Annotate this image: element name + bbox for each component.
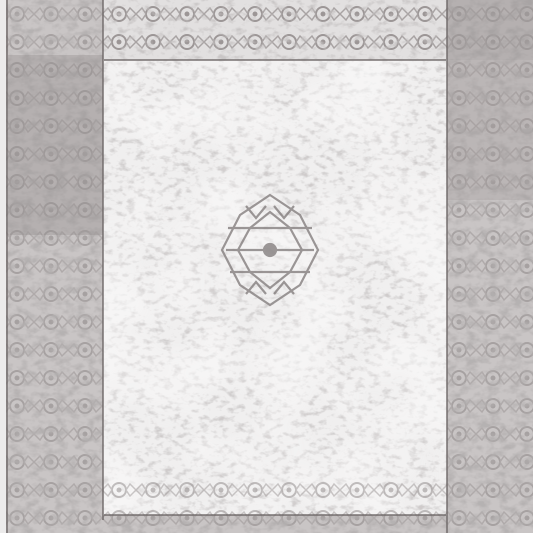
rug-image [0, 0, 533, 533]
rug-edge [0, 0, 6, 533]
rug-pattern [0, 0, 533, 533]
